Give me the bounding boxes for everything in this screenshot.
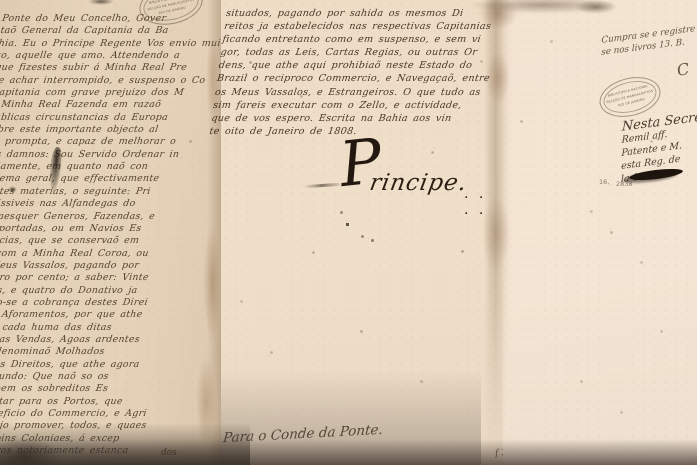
manuscript-line: saõ exportar para os Portos, que (0, 396, 165, 408)
manuscript-line: to, aquelle que amo. Attendendo a (0, 50, 214, 62)
manuscript-line: Potencias, que se conservaõ em (0, 235, 188, 247)
manuscript-line: se achar interrompido, e suspenso o Co (0, 75, 210, 87)
manuscript-line: cia prompta, e capaz de melhorar o (0, 136, 202, 148)
signature-text: rincipe. (368, 170, 470, 196)
manuscript-line: soriamente, em quanto naõ con (0, 161, 198, 173)
left-page: Ponte do Meu Concelho, Govertaõ General … (0, 0, 221, 465)
manuscript-line: os Meus Vassalos, e Estrangeiros. O que … (214, 86, 484, 99)
manuscript-line: grossos, e quatro do Donativo ja (0, 285, 181, 297)
paper-stain (482, 196, 510, 270)
prince-signature: P rincipe. . . . . (326, 134, 496, 224)
pencil-mark: 2838 (616, 180, 633, 188)
paper-smudge (575, 0, 617, 14)
manuscript-line: sim fareis executar com o Zello, e activ… (212, 99, 482, 112)
manuscript-line: tos, ou Aforamentos, por que athe (0, 309, 177, 321)
paper-stain (206, 35, 219, 125)
manuscript-line: systema geral, que effectivamente (0, 173, 196, 185)
manuscript-line: hia. Eu o Principe Regente Vos envio mui (0, 38, 216, 50)
manuscript-line: publicas circunstancias da Europa (0, 112, 205, 124)
right-page (503, 0, 697, 465)
manuscript-photo: Ponte do Meu Concelho, Govertaõ General … (0, 0, 697, 465)
manuscript-line: ziaõ. Secundo: Que naõ so os (0, 371, 169, 383)
ink-blot (8, 186, 17, 193)
left-page-text: Ponte do Meu Concelho, Govertaõ General … (0, 13, 219, 457)
manuscript-line: dens, que athe aqui prohibiaõ neste Esta… (218, 59, 488, 72)
manuscript-line: situados, pagando por sahida os mesmos D… (225, 7, 495, 20)
paper-stain (203, 225, 221, 340)
manuscript-line: a Minha Real Fazenda em razaõ (0, 99, 207, 111)
manuscript-line: cer a beneficio do Commercio, e Agri (0, 408, 163, 420)
manuscript-line: reitos ja estabelecidos nas respectivas … (223, 20, 493, 33)
manuscript-line: que fizestes subir á Minha Real Pre (0, 62, 212, 74)
manuscript-line: gulando-se a cobrança destes Direi (0, 297, 179, 309)
center-page-text: situados, pagando por sahida os mesmos D… (209, 7, 495, 138)
manuscript-line: taõ General da Capitania da Ba (0, 25, 217, 37)
foxing-specks (0, 0, 1, 1)
manuscript-line: ficando as Vendas, Agoas ardentes (0, 334, 174, 346)
manuscript-line: admissiveis nas Alfandegas do (0, 198, 193, 210)
paper-stain (486, 52, 510, 104)
manuscript-line: Capitania com grave prejuizo dos M (0, 87, 209, 99)
manuscript-line: transportadas, ou em Navios Es (0, 223, 190, 235)
manuscript-line: que de vos espero. Escrita na Bahia aos … (210, 112, 480, 125)
manuscript-line: ficando entretanto como em suspenso, e s… (221, 33, 491, 46)
manuscript-line: mas tambem os sobreditos Es (0, 383, 167, 395)
manuscript-line: Brazil o reciproco Commercio, e Navegaça… (216, 72, 486, 85)
manuscript-line: regulaõ cada huma das ditas (0, 322, 176, 334)
manuscript-line: e quatro por cento; a saber: Vinte (0, 272, 183, 284)
manuscript-line: dos Meus Vassalos, pagando por (0, 260, 184, 272)
manuscript-line: que se denominaõ Molhados (0, 346, 172, 358)
manuscript-line: gor, todas as Leis, Cartas Regias, ou ou… (220, 46, 490, 59)
manuscript-line: onia com a Minha Real Coroa, ou (0, 248, 186, 260)
pencil-mark: 16, (599, 178, 609, 186)
manuscript-line: e quaesquer Generos, Fazendas, e (0, 211, 191, 223)
manuscript-line: sobre este importante objecto al (0, 124, 203, 136)
manuscript-line: lhantes materias, o seguinte: Pri (0, 186, 195, 198)
manuscript-line: dobro dos Direitos, que athe agora (0, 359, 170, 371)
manuscript-line: tais damnos: Sou Servido Ordenar in (0, 149, 200, 161)
